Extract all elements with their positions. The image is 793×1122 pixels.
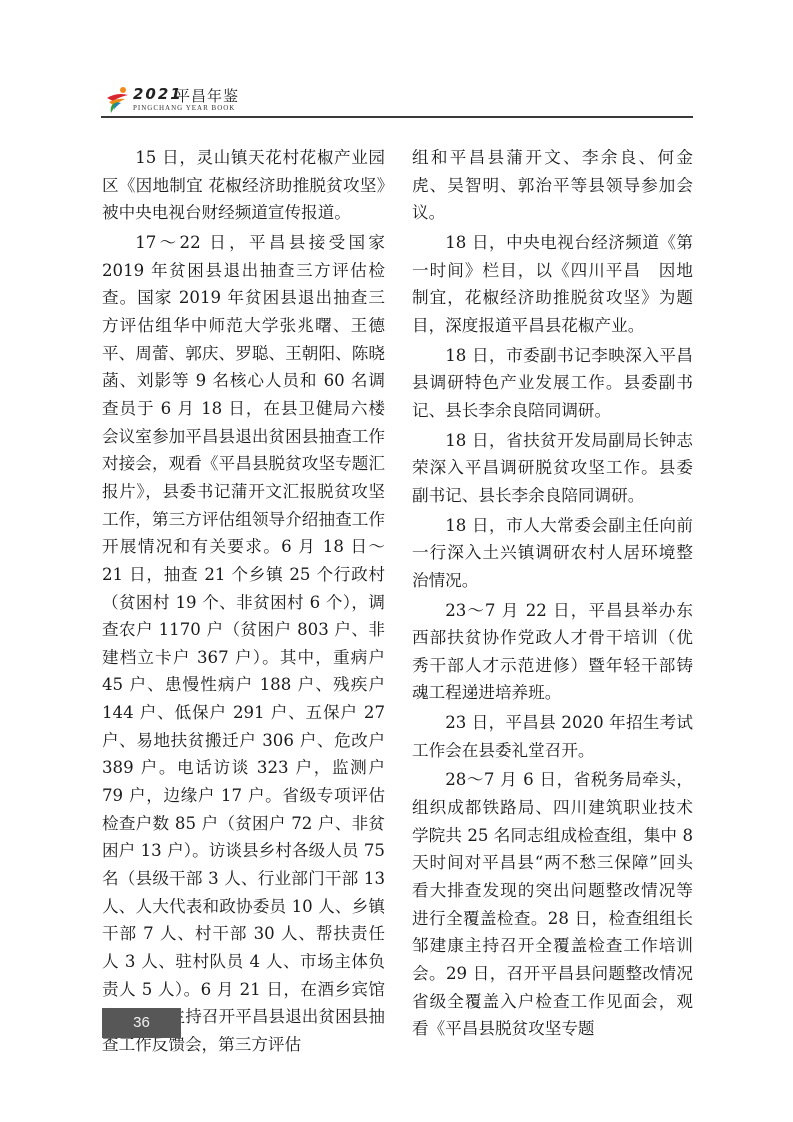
- paragraph: 18 日，市委副书记李映深入平昌县调研特色产业发展工作。县委副书记、县长李余良陪…: [412, 342, 693, 425]
- paragraph-continued: 组和平昌县蒲开文、李余良、何金虎、吴智明、郭治平等县领导参加会议。: [412, 144, 693, 227]
- right-column: 组和平昌县蒲开文、李余良、何金虎、吴智明、郭治平等县领导参加会议。 18 日，中…: [412, 144, 693, 1043]
- header-rule: [101, 116, 693, 118]
- paragraph: 23 日，平昌县 2020 年招生考试工作会在县委礼堂召开。: [412, 709, 693, 764]
- paragraph: 18 日，市人大常委会副主任向前一行深入土兴镇调研农村人居环境整治情况。: [412, 512, 693, 595]
- paragraph: 18 日，中央电视台经济频道《第一时间》栏目，以《四川平昌 因地制宜，花椒经济助…: [412, 229, 693, 340]
- left-column: 15 日，灵山镇天花村花椒产业园区《因地制宜 花椒经济助推脱贫攻坚》被中央电视台…: [102, 144, 385, 1059]
- paragraph: 15 日，灵山镇天花村花椒产业园区《因地制宜 花椒经济助推脱贫攻坚》被中央电视台…: [102, 144, 385, 227]
- page-number: 36: [102, 1008, 181, 1038]
- paragraph: 17～22 日，平昌县接受国家 2019 年贫困县退出抽查三方评估检查。国家 2…: [102, 229, 385, 1059]
- pingchang-logo-icon: [103, 86, 131, 114]
- yearbook-title: 平昌年鉴: [175, 85, 239, 106]
- paragraph: 18 日，省扶贫开发局副局长钟志荣深入平昌调研脱贫攻坚工作。县委副书记、县长李余…: [412, 427, 693, 510]
- paragraph: 23～7 月 22 日，平昌县举办东西部扶贫协作党政人才骨干培训（优秀干部人才示…: [412, 597, 693, 708]
- yearbook-subtitle-en: PINGCHANG YEAR BOOK: [133, 104, 235, 112]
- paragraph: 28～7 月 6 日，省税务局牵头，组织成都铁路局、四川建筑职业技术学院共 25…: [412, 766, 693, 1043]
- running-header: 2021 平昌年鉴 PINGCHANG YEAR BOOK: [101, 84, 693, 118]
